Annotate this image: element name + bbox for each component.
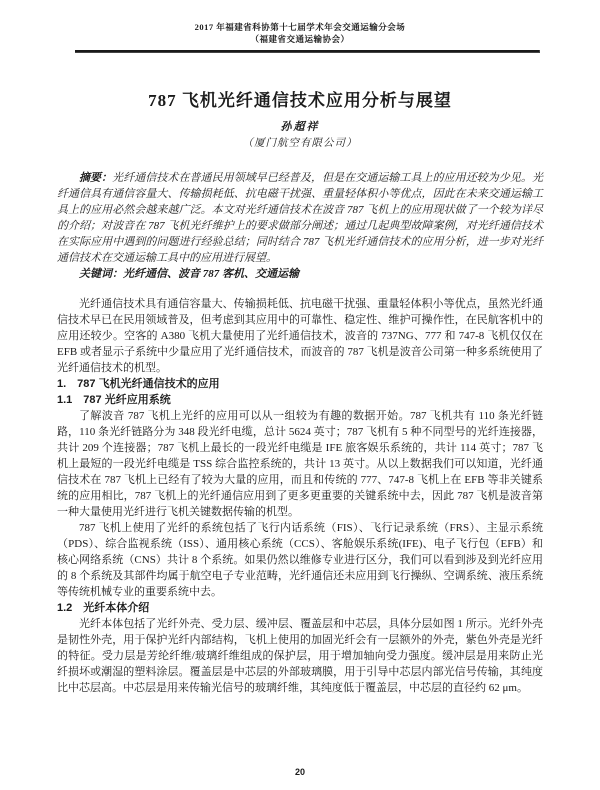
intro-paragraph: 光纤通信技术具有通信容量大、传输损耗低、抗电磁干扰强、重量轻体积小等优点，虽然光…: [57, 296, 543, 376]
abstract-label: 摘要：: [79, 172, 112, 184]
section-1-2-heading: 1.2 光纤本体介绍: [57, 600, 543, 616]
keywords-text: 光纤通信、波音 787 客机、交通运输: [123, 268, 299, 280]
section-1-2-paragraph: 光纤本体包括了光纤外壳、受力层、缓冲层、覆盖层和中芯层，具体分层如图 1 所示。…: [57, 616, 543, 696]
paper-title: 787 飞机光纤通信技术应用分析与展望: [57, 91, 543, 111]
section-1-1-paragraph: 了解波音 787 飞机上光纤的应用可以从一组较为有趣的数据开始。787 飞机共有…: [57, 408, 543, 520]
author-affiliation: （厦门航空有限公司）: [57, 137, 543, 151]
section-1-heading: 1. 787 飞机光纤通信技术的应用: [57, 376, 543, 392]
section-1-1-paragraph-2: 787 飞机上使用了光纤的系统包括了飞行内话系统（FIS）、飞行记录系统（FRS…: [57, 520, 543, 600]
header-line1: 2017 年福建省科协第十七届学术年会交通运输分会场: [57, 22, 543, 34]
page-number: 20: [0, 767, 600, 777]
keywords-line: 关键词：光纤通信、波音 787 客机、交通运输: [57, 266, 543, 282]
document-page: 2017 年福建省科协第十七届学术年会交通运输分会场 （福建省交通运输协会） 7…: [0, 0, 600, 790]
header-line2: （福建省交通运输协会）: [57, 34, 543, 46]
abstract-text: 光纤通信技术在普通民用领域早已经普及，但是在交通运输工具上的应用还较为少见。光纤…: [57, 172, 543, 264]
author-name: 孙超祥: [57, 120, 543, 134]
header-divider-rule: [75, 50, 540, 53]
abstract-paragraph: 摘要：光纤通信技术在普通民用领域早已经普及，但是在交通运输工具上的应用还较为少见…: [57, 170, 543, 266]
page-header: 2017 年福建省科协第十七届学术年会交通运输分会场 （福建省交通运输协会）: [57, 22, 543, 45]
section-1-1-heading: 1.1 787 光纤应用系统: [57, 392, 543, 408]
keywords-label: 关键词：: [79, 268, 123, 280]
